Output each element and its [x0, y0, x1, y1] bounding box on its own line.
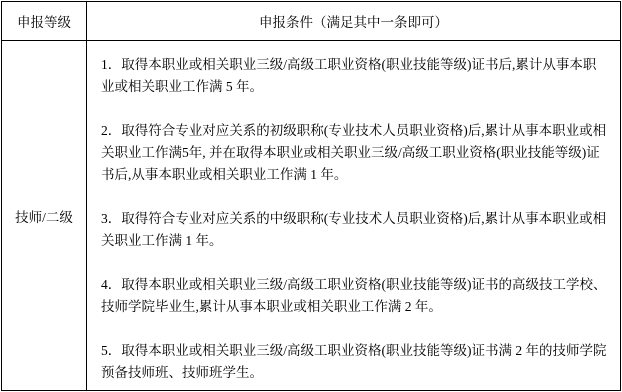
condition-item-2: 2．取得符合专业对应关系的初级职称(专业技术人员职业资格)后,累计从事本职业或相…: [101, 120, 608, 186]
condition-item-4: 4．取得本职业或相关职业三级/高级工职业资格(职业技能等级)证书的高级技工学校、…: [101, 274, 608, 318]
conditions-cell: 1．取得本职业或相关职业三级/高级工职业资格(职业技能等级)证书后,累计从事本职…: [87, 41, 621, 391]
header-cell-level: 申报等级: [2, 2, 87, 41]
table-row: 技师/二级 1．取得本职业或相关职业三级/高级工职业资格(职业技能等级)证书后,…: [2, 41, 621, 391]
header-cell-conditions: 申报条件（满足其中一条即可）: [87, 2, 621, 41]
level-cell: 技师/二级: [2, 41, 87, 391]
document-page: 申报等级 申报条件（满足其中一条即可） 技师/二级 1．取得本职业或相关职业三级…: [0, 0, 622, 392]
table-header-row: 申报等级 申报条件（满足其中一条即可）: [2, 2, 621, 41]
condition-item-5: 5．取得本职业或相关职业三级/高级工职业资格(职业技能等级)证书满 2 年的技师…: [101, 340, 608, 384]
condition-item-1: 1．取得本职业或相关职业三级/高级工职业资格(职业技能等级)证书后,累计从事本职…: [101, 54, 608, 98]
condition-item-3: 3．取得符合专业对应关系的中级职称(专业技术人员职业资格)后,累计从事本职业或相…: [101, 208, 608, 252]
application-conditions-table: 申报等级 申报条件（满足其中一条即可） 技师/二级 1．取得本职业或相关职业三级…: [1, 1, 621, 391]
